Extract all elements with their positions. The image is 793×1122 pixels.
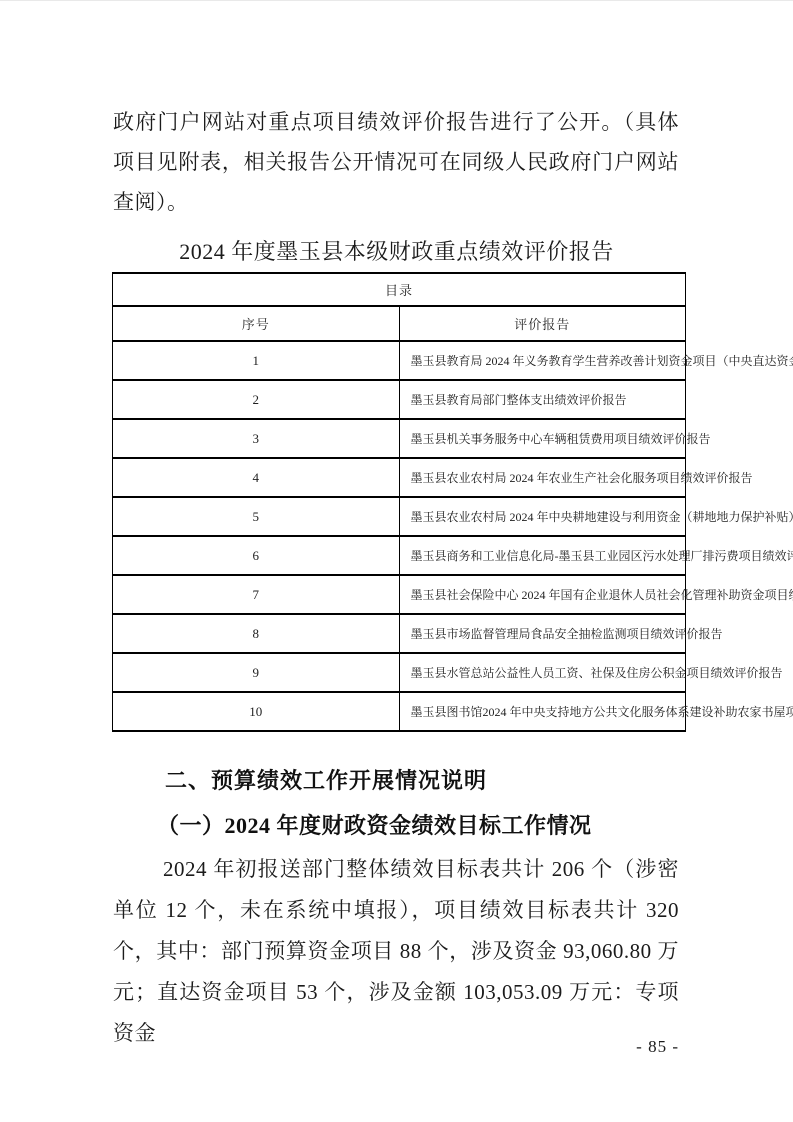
report-title: 墨玉县社会保险中心 2024 年国有企业退休人员社会化管理补助资金项目绩效评价报…: [399, 575, 686, 614]
row-number: 9: [113, 653, 400, 692]
row-number: 1: [113, 341, 400, 380]
row-number: 2: [113, 380, 400, 419]
row-number: 6: [113, 536, 400, 575]
page-number: - 85 -: [113, 1036, 679, 1058]
section-heading: 二、预算绩效工作开展情况说明: [165, 766, 487, 796]
report-directory-table: 目录 序号 评价报告 1墨玉县教育局 2024 年义务教育学生营养改善计划资金项…: [112, 272, 686, 732]
report-table-title: 2024 年度墨玉县本级财政重点绩效评价报告: [0, 237, 793, 267]
page-top-edge: [0, 0, 793, 1]
report-title: 墨玉县水管总站公益性人员工资、社保及住房公积金项目绩效评价报告: [399, 653, 686, 692]
report-title: 墨玉县图书馆2024 年中央支持地方公共文化服务体系建设补助农家书屋项目绩效评价…: [399, 692, 686, 731]
row-number: 7: [113, 575, 400, 614]
table-row: 2墨玉县教育局部门整体支出绩效评价报告: [113, 380, 686, 419]
row-number: 8: [113, 614, 400, 653]
table-row: 9墨玉县水管总站公益性人员工资、社保及住房公积金项目绩效评价报告: [113, 653, 686, 692]
intro-paragraph: 政府门户网站对重点项目绩效评价报告进行了公开。（具体项目见附表，相关报告公开情况…: [113, 102, 679, 222]
table-body: 1墨玉县教育局 2024 年义务教育学生营养改善计划资金项目（中央直达资金）绩效…: [113, 341, 686, 731]
row-number: 5: [113, 497, 400, 536]
table-row: 10墨玉县图书馆2024 年中央支持地方公共文化服务体系建设补助农家书屋项目绩效…: [113, 692, 686, 731]
report-title: 墨玉县教育局部门整体支出绩效评价报告: [399, 380, 686, 419]
report-title: 墨玉县农业农村局 2024 年中央耕地建设与利用资金（耕地地力保护补贴）绩效评价…: [399, 497, 686, 536]
row-number: 4: [113, 458, 400, 497]
table-row: 3墨玉县机关事务服务中心车辆租赁费用项目绩效评价报告: [113, 419, 686, 458]
subsection-heading: （一）2024 年度财政资金绩效目标工作情况: [157, 811, 592, 841]
report-title: 墨玉县市场监督管理局食品安全抽检监测项目绩效评价报告: [399, 614, 686, 653]
table-row: 4墨玉县农业农村局 2024 年农业生产社会化服务项目绩效评价报告: [113, 458, 686, 497]
row-number: 3: [113, 419, 400, 458]
report-title: 墨玉县商务和工业信息化局-墨玉县工业园区污水处理厂排污费项目绩效评价报告: [399, 536, 686, 575]
table-row: 8墨玉县市场监督管理局食品安全抽检监测项目绩效评价报告: [113, 614, 686, 653]
report-title: 墨玉县教育局 2024 年义务教育学生营养改善计划资金项目（中央直达资金）绩效评…: [399, 341, 686, 380]
report-title: 墨玉县机关事务服务中心车辆租赁费用项目绩效评价报告: [399, 419, 686, 458]
row-number: 10: [113, 692, 400, 731]
body-paragraph: 2024 年初报送部门整体绩效目标表共计 206 个（涉密单位 12 个，未在系…: [113, 849, 679, 1054]
column-header-index: 序号: [113, 306, 400, 341]
table-row: 1墨玉县教育局 2024 年义务教育学生营养改善计划资金项目（中央直达资金）绩效…: [113, 341, 686, 380]
table-row: 5墨玉县农业农村局 2024 年中央耕地建设与利用资金（耕地地力保护补贴）绩效评…: [113, 497, 686, 536]
column-header-report: 评价报告: [399, 306, 686, 341]
table-row: 7墨玉县社会保险中心 2024 年国有企业退休人员社会化管理补助资金项目绩效评价…: [113, 575, 686, 614]
report-title: 墨玉县农业农村局 2024 年农业生产社会化服务项目绩效评价报告: [399, 458, 686, 497]
table-caption: 目录: [113, 273, 686, 306]
document-page: 政府门户网站对重点项目绩效评价报告进行了公开。（具体项目见附表，相关报告公开情况…: [0, 0, 793, 1122]
table-row: 6墨玉县商务和工业信息化局-墨玉县工业园区污水处理厂排污费项目绩效评价报告: [113, 536, 686, 575]
table-caption-row: 目录: [113, 273, 686, 306]
table-header-row: 序号 评价报告: [113, 306, 686, 341]
